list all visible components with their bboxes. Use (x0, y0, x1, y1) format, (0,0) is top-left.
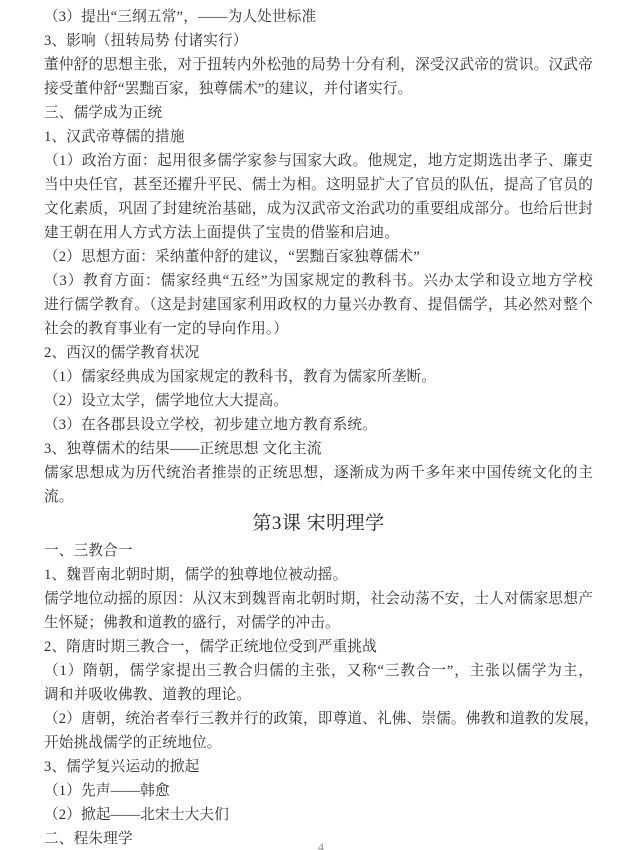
text-line: 开始挑战儒学的正统地位。 (44, 731, 593, 755)
text-line: 3、影响（扭转局势 付诸实行） (44, 29, 593, 53)
text-line: （2）掀起——北宋士大夫们 (44, 803, 593, 827)
text-line: 当中央任官，甚至还擢升平民、儒士为相。这明显扩大了官员的队伍，提高了官员的 (44, 173, 593, 197)
text-line: 建王朝在用人方式方法上面提供了宝贵的借鉴和启迪。 (44, 221, 593, 245)
text-line: （2）思想方面：采纳董仲舒的建议，“罢黜百家独尊儒术” (44, 245, 593, 269)
text-line: 调和并吸收佛教、道教的理论。 (44, 683, 593, 707)
text-line: 接受董仲舒“罢黜百家，独尊儒术”的建议，并付诸实行。 (44, 77, 593, 101)
text-line: （2）唐朝，统治者奉行三教并行的政策，即尊道、礼佛、崇儒。佛教和道教的发展， (44, 707, 593, 731)
page-number: 4 (313, 840, 329, 850)
text-line: （1）隋朝，儒学家提出三教合归儒的主张，又称“三教合一”，主张以儒学为主， (44, 659, 593, 683)
text-line: 儒家思想成为历代统治者推崇的正统思想，逐渐成为两千多年来中国传统文化的主 (44, 461, 593, 485)
text-line: 1、魏晋南北朝时期，儒学的独尊地位被动摇。 (44, 563, 593, 587)
text-line: 进行儒学教育。（这是封建国家利用政权的力量兴办教育、提倡儒学，其必然对整个 (44, 293, 593, 317)
text-line: （3）在各郡县设立学校，初步建立地方教育系统。 (44, 413, 593, 437)
text-line: （1）先声——韩愈 (44, 779, 593, 803)
text-line: （2）设立太学，儒学地位大大提高。 (44, 389, 593, 413)
text-line: 1、汉武帝尊儒的措施 (44, 125, 593, 149)
text-line: 社会的教育事业有一定的导向作用。） (44, 317, 593, 341)
text-line: 生怀疑；佛教和道教的盛行，对儒学的冲击。 (44, 611, 593, 635)
text-line: 3、独尊儒术的结果——正统思想 文化主流 (44, 437, 593, 461)
text-line: 2、隋唐时期三教合一，儒学正统地位受到严重挑战 (44, 635, 593, 659)
doc-title: 第3课 宋明理学 (44, 511, 593, 537)
text-line: 文化素质，巩固了封建统治基础，成为汉武帝文治武功的重要组成部分。也给后世封 (44, 197, 593, 221)
text-line: 3、儒学复兴运动的掀起 (44, 755, 593, 779)
text-line: 流。 (44, 485, 593, 509)
text-line: （1）政治方面：起用很多儒学家参与国家大政。他规定，地方定期选出孝子、廉吏 (44, 149, 593, 173)
text-line: 儒学地位动摇的原因：从汉末到魏晋南北朝时期，社会动荡不安，士人对儒家思想产 (44, 587, 593, 611)
text-line: 三、儒学成为正统 (44, 101, 593, 125)
text-line: （3）教育方面：儒家经典“五经”为国家规定的教科书。兴办太学和设立地方学校 (44, 269, 593, 293)
text-line: 董仲舒的思想主张，对于扭转内外松弛的局势十分有利，深受汉武帝的赏识。汉武帝 (44, 53, 593, 77)
text-line: 一、三教合一 (44, 539, 593, 563)
text-line: （3）提出“三纲五常”，——为人处世标准 (44, 5, 593, 29)
document-content: （3）提出“三纲五常”，——为人处世标准3、影响（扭转局势 付诸实行）董仲舒的思… (44, 5, 593, 850)
document-page: （3）提出“三纲五常”，——为人处世标准3、影响（扭转局势 付诸实行）董仲舒的思… (0, 0, 643, 850)
text-line: （1）儒家经典成为国家规定的教科书，教育为儒家所垄断。 (44, 365, 593, 389)
text-line: 2、西汉的儒学教育状况 (44, 341, 593, 365)
